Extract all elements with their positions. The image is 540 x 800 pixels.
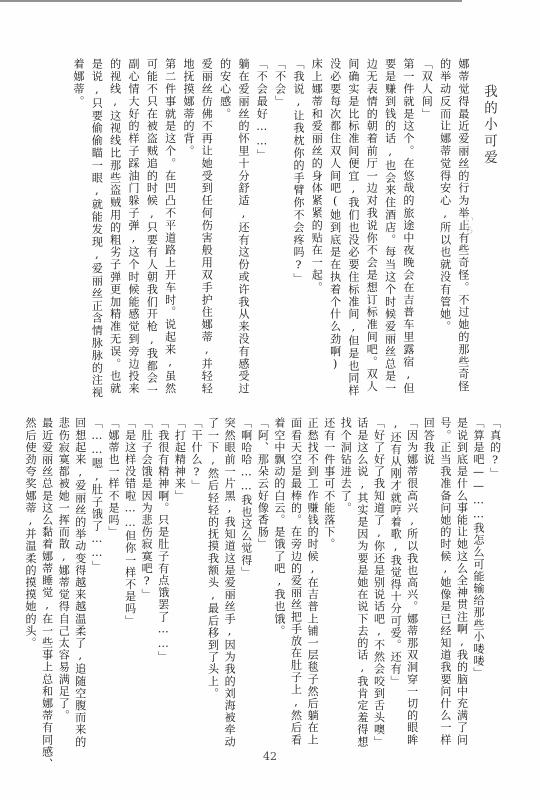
text-column: 爱丽丝仿佛不再让她受到任何伤害般用双手护住娜蒂,并轻轻	[200, 58, 213, 395]
text-column: 的举动反而让娜蒂觉得安心,所以也就没有管她。	[439, 58, 452, 333]
text-column: 地抚摸娜蒂的背。	[182, 58, 195, 157]
text-column: 然后使劲夸奖娜蒂,并温柔的摸摸她的头。	[24, 417, 37, 649]
text-column: 「真的?」	[489, 417, 502, 480]
text-column: 「……嗯,肚子饿了……」	[90, 417, 103, 572]
text-column: 回答我说	[422, 417, 435, 465]
text-column: 「好了好了我知道了,你还是别说话吧,不然会咬到舌头噢」	[372, 417, 385, 748]
text-column: ,还有从刚才就哼着歌,我觉得十分可爱。还有」	[389, 417, 402, 687]
text-column: 突然眼前一片黑,我知道这是爱丽丝手,因为我的刘海被牵动	[223, 417, 236, 748]
text-column: 「是这样没错啦……但你一样不是吗」	[124, 417, 137, 627]
text-column: 「我说,让我枕你的手臂你不会疼吗?」	[292, 58, 305, 285]
text-column: 娜蒂觉得最近爱丽丝的行为举止有些奇怪。不过她的那些奇怪	[457, 58, 470, 393]
text-column: 着空中飘动的白云。是饿了吧,我也饿。	[273, 417, 286, 637]
text-column: 床上娜蒂和爱丽丝的身体紧紧的贴在一起。	[310, 58, 323, 294]
top-text-block: 娜蒂觉得最近爱丽丝的行为举止有些奇怪。不过她的那些奇怪的举动反而让娜蒂觉得安心,…	[72, 58, 470, 401]
text-column: 「阿、那朵云好像香肠」	[256, 417, 269, 550]
text-column: 找个洞钻进去了。	[339, 417, 352, 514]
book-title: 我的小可爱	[479, 84, 499, 167]
page-number: 42	[0, 750, 540, 763]
text-column: 第一件就是这个。在悠哉的旅途中夜晚会在吉普车里露宿,但	[402, 58, 415, 395]
scan-artifact-top	[0, 0, 462, 2]
text-column: 回想起来,爱丽丝的举动变得越来越温柔了,追随空腹而来的	[74, 417, 87, 748]
text-column: 号。正当我准备问她的时候,她像是已经知道我要问什么一样	[439, 417, 452, 746]
text-column: 最近爱丽丝总是这么黏着娜蒂睡觉,在一些事上总和娜蒂有同感、	[41, 417, 54, 770]
text-column: 悲伤寂寞都被她一挥而散,娜蒂觉得自己太容易满足了。	[57, 417, 70, 722]
bottom-text-block: 「真的?」「算是吧——……我怎么可能输给那些小喽喽」是说到底是什么事能让她这么全…	[24, 417, 502, 769]
text-column: 躺在爱丽丝的怀里十分舒适,还有这份或许我从来没有感受过	[237, 58, 250, 395]
text-column: 面看天空是最棒的。在旁边的爱丽丝把手放在肚子上,然后看	[290, 417, 303, 746]
text-column: 要是赚到钱的话,也会来住酒店。每当这个时候爱丽丝总是一	[384, 58, 397, 395]
text-column: 话是这么说,其实是因为要是她在说下去的话,我肯定羞得想	[356, 417, 369, 748]
text-column: 「娜蒂也一样不是吗」	[107, 417, 120, 538]
text-column: 还有一件事可不能落下。	[323, 417, 336, 550]
text-column: 「不会」	[274, 58, 287, 108]
text-column: 的视线,这视线比那些盗贼用的粗劣子弹更加精准无误。也就	[109, 58, 122, 395]
text-column: 没必要每次都住双人间吧(她到底是在执着个什么劲啊)	[329, 58, 342, 372]
text-column: 「打起精神来」	[173, 417, 186, 502]
book-page: 我的小可爱 いち 娜蒂觉得最近爱丽丝的行为举止有些奇怪。不过她的那些奇怪的举动反…	[0, 0, 540, 800]
text-column: 是说,只要偷偷瞄一眼,就能发现,爱丽丝正含情脉脉的注视	[90, 58, 103, 399]
text-column: 边无表情的朝着前厅一边对我说你不会是想订标准间吧。双人	[365, 58, 378, 393]
text-column: 「因为娜蒂很高兴,所以我也高兴。娜蒂那双洞穿一切的眼眸	[406, 417, 419, 746]
text-column: 可能不只在被盗贼追的时候,只要有人朝我们开枪,我都会一	[145, 58, 158, 397]
text-column: 副心情大好的样子踩油门躲子弹,这个时候能感觉到旁边投来	[127, 58, 140, 395]
text-column: 的安心感。	[219, 58, 232, 120]
text-column: 「啊哈哈……我也这么觉得」	[240, 417, 253, 578]
text-column: 间确实是比标准间便宜,我们也没必要住标准间,但是也同样	[347, 58, 360, 397]
text-column: 正愁找不到工作赚钱的时候,在吉普上铺一层毯子然后躺在上	[306, 417, 319, 746]
text-column: 「干什么?」	[190, 417, 203, 492]
text-column: 「肚子会饿是因为悲伤寂寞吧?」	[140, 417, 153, 601]
text-column: 「双人间」	[420, 58, 433, 120]
text-column: 着娜蒂。	[72, 58, 85, 108]
text-column: 「不会最好……」	[255, 58, 268, 161]
text-column: 了一下,然后轻轻的抚摸我额头,最后移到了头上。	[207, 417, 220, 699]
text-column: 「算是吧——……我怎么可能输给那些小喽喽」	[472, 417, 485, 679]
text-column: 是说到底是什么事能让她这么全神贯注啊,我的脑中充满了问	[455, 417, 468, 746]
text-column: 第二件事就是这个。在凹凸不平道路上开车时。说起来,虽然	[164, 58, 177, 395]
text-column: 「我很有精神啊。只是肚子有点饿罢了……」	[157, 417, 170, 663]
